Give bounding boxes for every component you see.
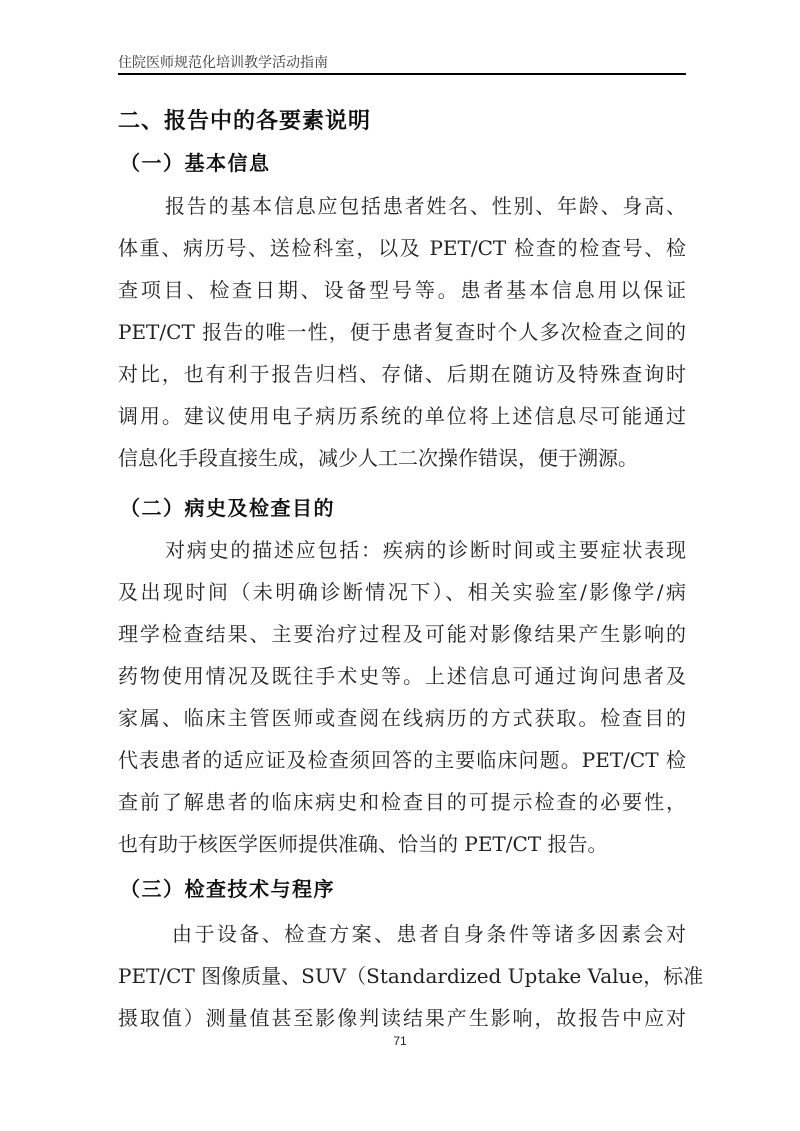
- page-number: 71: [0, 1034, 800, 1048]
- paragraph-line: 对病史的描述应包括：疾病的诊断时间或主要症状表现: [165, 536, 686, 564]
- paragraph-line: 及出现时间（未明确诊断情况下）、相关实验室/影像学/病: [118, 578, 686, 606]
- paragraph-line: 查前了解患者的临床病史和检查目的可提示检查的必要性，: [118, 788, 686, 816]
- paragraph-line: 理学检查结果、主要治疗过程及可能对影像结果产生影响的: [118, 620, 686, 648]
- header-rule: [118, 73, 686, 75]
- paragraph-line: 药物使用情况及既往手术史等。上述信息可通过询问患者及: [118, 662, 686, 690]
- paragraph-line: 家属、临床主管医师或查阅在线病历的方式获取。检查目的: [118, 704, 686, 732]
- section-title: 二、报告中的各要素说明: [118, 104, 371, 135]
- subsection-title-history-purpose: （二）病史及检查目的: [120, 492, 335, 521]
- subsection-title-technique-procedure: （三）检查技术与程序: [120, 873, 335, 902]
- paragraph-line: 由于设备、检查方案、患者自身条件等诸多因素会对: [172, 920, 686, 948]
- paragraph-line: 调用。建议使用电子病历系统的单位将上述信息尽可能通过: [118, 402, 686, 430]
- paragraph-line: 也有助于核医学医师提供准确、恰当的 PET/CT 报告。: [118, 830, 686, 858]
- subsection-title-basic-info: （一）基本信息: [120, 147, 271, 176]
- paragraph-line: PET/CT 图像质量、SUV（Standardized Uptake Valu…: [118, 962, 686, 990]
- document-page: 住院医师规范化培训教学活动指南 二、报告中的各要素说明 （一）基本信息 报告的基…: [0, 0, 800, 1131]
- paragraph-line: 体重、病历号、送检科室，以及 PET/CT 检查的检查号、检: [118, 234, 686, 262]
- paragraph-line: PET/CT 报告的唯一性，便于患者复查时个人多次检查之间的: [118, 318, 686, 346]
- running-header: 住院医师规范化培训教学活动指南: [118, 52, 328, 72]
- paragraph-line: 对比，也有利于报告归档、存储、后期在随访及特殊查询时: [118, 360, 686, 388]
- paragraph-line: 报告的基本信息应包括患者姓名、性别、年龄、身高、: [165, 192, 686, 220]
- paragraph-line: 代表患者的适应证及检查须回答的主要临床问题。PET/CT 检: [118, 746, 686, 774]
- paragraph-line: 信息化手段直接生成，减少人工二次操作错误，便于溯源。: [118, 444, 686, 472]
- paragraph-line: 摄取值）测量值甚至影像判读结果产生影响，故报告中应对: [118, 1004, 686, 1032]
- paragraph-line: 查项目、检查日期、设备型号等。患者基本信息用以保证: [118, 276, 686, 304]
